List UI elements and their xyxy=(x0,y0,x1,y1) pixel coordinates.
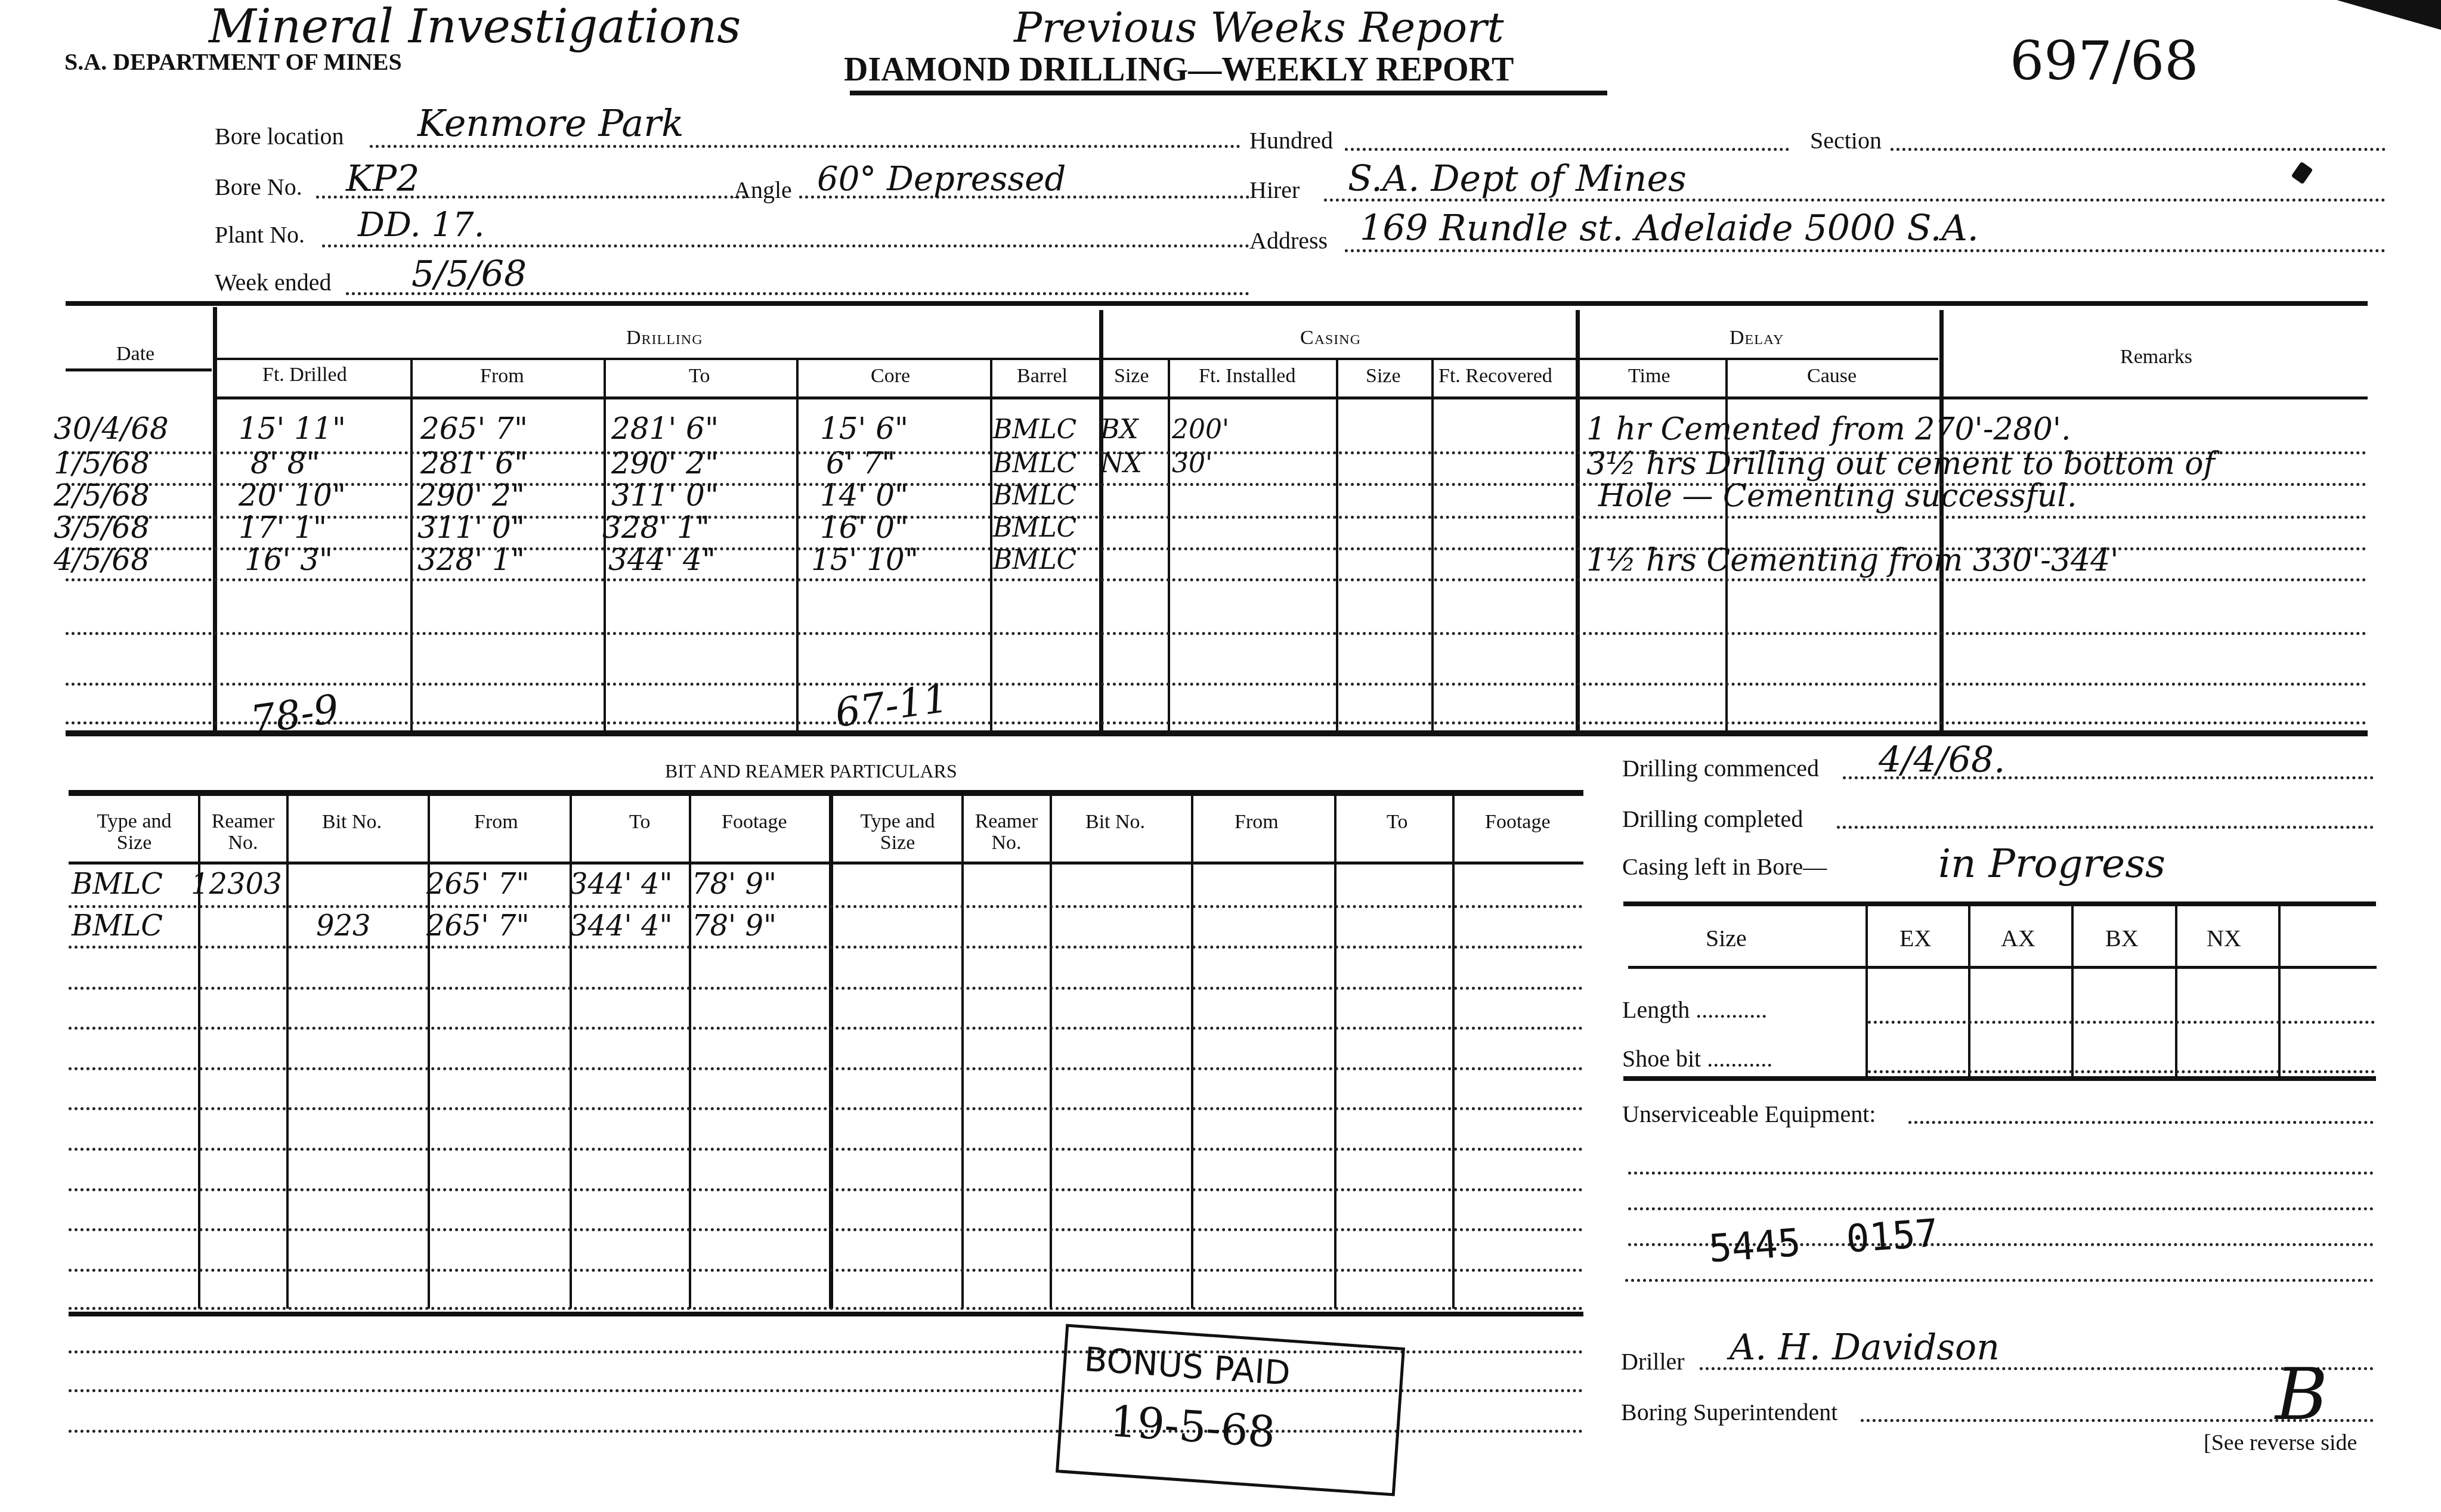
bit-col-bit-no-2: Bit No. xyxy=(1085,811,1145,834)
casing-table-top-rule xyxy=(1623,901,2376,906)
bore-location-value[interactable]: Kenmore Park xyxy=(417,101,684,145)
see-reverse-note: [See reverse side xyxy=(2204,1430,2357,1456)
bit-reamer-header-rule xyxy=(69,862,1583,865)
group-header-casing: Casing xyxy=(1300,327,1361,349)
row-ft-drilled[interactable]: 8' 8" xyxy=(250,446,320,481)
row-casing-size[interactable]: NX xyxy=(1100,448,1142,479)
casing-left-value[interactable]: in Progress xyxy=(1938,841,2165,887)
delay-note[interactable]: 1½ hrs Cementing from 330'-344' xyxy=(1586,543,2118,578)
row-line xyxy=(66,578,2368,581)
bit-row-to[interactable]: 344' 4" xyxy=(570,909,673,943)
row-ft-drilled[interactable]: 17' 1" xyxy=(239,510,327,545)
bit-row-bit-no[interactable]: 923 xyxy=(316,909,371,943)
unserviceable-line xyxy=(1628,1172,2374,1175)
driller-signature[interactable]: A. H. Davidson xyxy=(1730,1327,2000,1368)
bit-row-reamer-no[interactable]: 12303 xyxy=(191,867,282,901)
row-date[interactable]: 30/4/68 xyxy=(54,411,169,446)
address-value[interactable]: 169 Rundle st. Adelaide 5000 S.A. xyxy=(1360,207,1979,249)
row-line xyxy=(66,516,2368,519)
drilling-completed-label: Drilling completed xyxy=(1622,805,1803,833)
row-to[interactable]: 290' 2" xyxy=(611,446,719,481)
plant-no-label: Plant No. xyxy=(215,221,305,249)
row-line xyxy=(69,1148,1583,1151)
bit-row-to[interactable]: 344' 4" xyxy=(570,867,673,901)
unserviceable-line xyxy=(1908,1121,2374,1124)
col-divider xyxy=(1336,358,1338,730)
bit-row-footage[interactable]: 78' 9" xyxy=(692,909,776,943)
bit-row-type-size[interactable]: BMLC xyxy=(72,867,163,901)
row-line xyxy=(69,1188,1583,1191)
delay-note[interactable]: Hole — Cementing successful. xyxy=(1598,478,2077,514)
row-core[interactable]: 15' 10" xyxy=(811,543,918,577)
casing-size-ex: EX xyxy=(1899,924,1931,952)
row-line xyxy=(66,683,2368,686)
row-ft-drilled[interactable]: 20' 10" xyxy=(239,478,346,513)
row-barrel[interactable]: BMLC xyxy=(993,448,1076,479)
angle-value[interactable]: 60° Depressed xyxy=(817,160,1066,199)
row-casing-size[interactable]: BX xyxy=(1100,414,1138,445)
row-ft-installed[interactable]: 200' xyxy=(1172,414,1229,445)
drilling-commenced-label: Drilling commenced xyxy=(1622,754,1819,782)
row-barrel[interactable]: BMLC xyxy=(993,414,1076,445)
row-line xyxy=(69,1228,1583,1231)
col-divider xyxy=(1431,358,1434,730)
bore-location-label: Bore location xyxy=(215,122,344,150)
bore-no-label: Bore No. xyxy=(215,173,302,201)
col-header-barrel: Barrel xyxy=(1017,365,1068,388)
row-date[interactable]: 3/5/68 xyxy=(54,510,150,545)
casing-length-line xyxy=(1868,1021,2375,1024)
subheader-rule xyxy=(215,358,1938,360)
col-header-remarks: Remarks xyxy=(2120,346,2192,368)
handwritten-department-note: Mineral Investigations xyxy=(209,0,741,54)
bit-row-type-size[interactable]: BMLC xyxy=(72,909,163,943)
department-name: S.A. DEPARTMENT OF MINES xyxy=(64,48,402,76)
bit-col-reamer-no-2: Reamer No. xyxy=(966,811,1047,854)
col-header-ft-drilled: Ft. Drilled xyxy=(262,364,347,386)
row-date[interactable]: 1/5/68 xyxy=(54,446,150,481)
row-barrel[interactable]: BMLC xyxy=(993,513,1076,543)
col-divider xyxy=(829,796,833,1309)
row-line xyxy=(69,1107,1583,1110)
row-line xyxy=(69,905,1583,908)
casing-header-rule xyxy=(1628,966,2377,969)
casing-left-label: Casing left in Bore— xyxy=(1622,853,1827,881)
casing-size-label: Size xyxy=(1706,924,1747,952)
row-ft-drilled[interactable]: 16' 3" xyxy=(245,543,333,577)
page-title: DIAMOND DRILLING—WEEKLY REPORT xyxy=(844,51,1514,89)
col-header-ft-installed: Ft. Installed xyxy=(1199,365,1295,388)
row-date[interactable]: 4/5/68 xyxy=(54,543,150,577)
plant-no-value[interactable]: DD. 17. xyxy=(358,206,484,244)
col-divider xyxy=(2175,906,2177,1076)
bonus-paid-label: BONUS PAID xyxy=(1083,1340,1292,1393)
row-barrel[interactable]: BMLC xyxy=(993,545,1076,575)
row-core[interactable]: 16' 0" xyxy=(820,510,908,545)
col-divider xyxy=(2278,906,2281,1076)
corner-mark xyxy=(2337,0,2441,30)
drilling-table-bottom-rule xyxy=(66,730,2368,736)
bit-col-reamer-no: Reamer No. xyxy=(203,811,283,854)
col-divider xyxy=(961,796,964,1309)
delay-note[interactable]: 1 hr Cemented from 270'-280'. xyxy=(1586,411,2071,447)
col-header-to: To xyxy=(689,365,710,388)
bonus-paid-stamp: BONUS PAID 19-5-68 xyxy=(1056,1324,1405,1496)
col-divider xyxy=(990,358,992,730)
bit-col-type-size: Type and Size xyxy=(83,811,185,854)
bore-location-line xyxy=(370,145,1240,148)
group-header-drilling: Drilling xyxy=(626,327,703,349)
row-from[interactable]: 281' 6" xyxy=(420,446,528,481)
col-divider xyxy=(1099,310,1103,730)
stamped-number: 5445 0157 xyxy=(1707,1212,1940,1272)
week-ended-value[interactable]: 5/5/68 xyxy=(412,253,527,295)
hundred-label: Hundred xyxy=(1249,126,1333,154)
bit-reamer-top-rule xyxy=(69,790,1583,796)
bit-col-type-size-2: Type and Size xyxy=(847,811,948,854)
bit-reamer-bottom-rule xyxy=(69,1312,1583,1316)
bore-no-value[interactable]: KP2 xyxy=(346,158,419,200)
row-from[interactable]: 328' 1" xyxy=(417,543,525,577)
col-header-date: Date xyxy=(116,343,154,365)
bit-row-footage[interactable]: 78' 9" xyxy=(692,867,776,901)
row-line xyxy=(66,721,2368,724)
col-divider xyxy=(2071,906,2074,1076)
row-core[interactable]: 15' 6" xyxy=(820,411,908,446)
col-header-from: From xyxy=(480,365,524,388)
row-line xyxy=(69,1027,1583,1030)
header-bottom-rule xyxy=(215,396,2368,399)
col-divider xyxy=(1939,310,1944,730)
shoe-bit-label: Shoe bit ........... xyxy=(1622,1045,1772,1073)
shoe-bit-line xyxy=(1868,1070,2375,1073)
file-number: 697/68 xyxy=(2010,30,2199,92)
row-date[interactable]: 2/5/68 xyxy=(54,478,150,513)
drilling-commenced-value[interactable]: 4/4/68. xyxy=(1879,739,2005,781)
col-divider xyxy=(689,796,691,1309)
col-divider xyxy=(213,307,217,730)
col-header-time: Time xyxy=(1628,365,1670,388)
row-from[interactable]: 311' 0" xyxy=(417,510,525,545)
unserviceable-line xyxy=(1628,1207,2374,1210)
col-divider xyxy=(1168,358,1170,730)
casing-length-label: Length ............ xyxy=(1622,996,1767,1024)
delay-note[interactable]: 3½ hrs Drilling out cement to bottom of xyxy=(1586,446,2215,482)
unserviceable-line xyxy=(1625,1279,2374,1282)
week-ended-label: Week ended xyxy=(215,268,332,296)
col-header-ft-recovered: Ft. Recovered xyxy=(1438,365,1552,388)
col-header-core: Core xyxy=(871,365,910,388)
address-line xyxy=(1345,249,2386,252)
address-label: Address xyxy=(1249,227,1328,255)
row-from[interactable]: 290' 2" xyxy=(417,478,525,513)
col-header-cause: Cause xyxy=(1807,365,1857,388)
plant-no-line xyxy=(322,244,1249,247)
group-header-delay: Delay xyxy=(1730,327,1784,349)
bit-row-from[interactable]: 265' 7" xyxy=(426,867,530,901)
hundred-line xyxy=(1345,148,1789,151)
row-line xyxy=(69,987,1583,990)
bit-col-to: To xyxy=(629,811,650,834)
row-to[interactable]: 328' 1" xyxy=(602,510,710,545)
boring-superintendent-signature[interactable]: B xyxy=(2275,1353,2328,1436)
bonus-paid-date: 19-5-68 xyxy=(1108,1396,1277,1457)
section-label: Section xyxy=(1810,126,1882,154)
hirer-value[interactable]: S.A. Dept of Mines xyxy=(1348,158,1687,200)
col-divider xyxy=(796,358,799,730)
casing-table-bottom-rule xyxy=(1623,1076,2376,1081)
angle-label: Angle xyxy=(734,176,792,204)
row-line xyxy=(69,1269,1583,1272)
row-ft-drilled[interactable]: 15' 11" xyxy=(239,411,346,446)
row-to[interactable]: 311' 0" xyxy=(611,478,719,513)
driller-label: Driller xyxy=(1621,1347,1685,1375)
bit-col-footage: Footage xyxy=(722,811,787,834)
section-line xyxy=(1891,148,2386,151)
bit-row-from[interactable]: 265' 7" xyxy=(426,909,530,943)
col-divider xyxy=(1050,796,1052,1309)
col-divider xyxy=(410,358,413,730)
col-divider xyxy=(1191,796,1193,1309)
row-ft-installed[interactable]: 30' xyxy=(1172,448,1212,479)
bit-col-footage-2: Footage xyxy=(1485,811,1551,834)
bit-reamer-title: BIT AND REAMER PARTICULARS xyxy=(665,760,957,782)
row-core[interactable]: 14' 0" xyxy=(820,478,908,513)
handwritten-title-note: Previous Weeks Report xyxy=(1014,3,1504,52)
col-divider xyxy=(1865,906,1868,1076)
bit-col-bit-no: Bit No. xyxy=(322,811,382,834)
hirer-label: Hirer xyxy=(1249,176,1300,204)
col-divider xyxy=(1452,796,1455,1309)
unserviceable-label: Unserviceable Equipment: xyxy=(1622,1100,1876,1128)
bit-col-from: From xyxy=(474,811,518,834)
row-to[interactable]: 281' 6" xyxy=(611,411,719,446)
bit-col-to-2: To xyxy=(1387,811,1407,834)
row-line xyxy=(69,1307,1583,1310)
ink-blot xyxy=(2291,162,2313,184)
casing-size-bx: BX xyxy=(2105,924,2139,952)
row-from[interactable]: 265' 7" xyxy=(420,411,528,446)
casing-size-ax: AX xyxy=(2001,924,2035,952)
row-line xyxy=(69,946,1583,949)
header-bottom-rule xyxy=(66,368,212,371)
row-to[interactable]: 344' 4" xyxy=(608,543,716,577)
bit-col-from-2: From xyxy=(1235,811,1279,834)
title-underline xyxy=(850,91,1607,95)
col-divider xyxy=(1334,796,1336,1309)
drilling-completed-line xyxy=(1837,826,2374,829)
boring-superintendent-label: Boring Superintendent xyxy=(1621,1398,1837,1426)
col-divider xyxy=(286,796,289,1309)
row-barrel[interactable]: BMLC xyxy=(993,481,1076,511)
casing-size-nx: NX xyxy=(2207,924,2241,952)
col-header-casing-size: Size xyxy=(1114,365,1149,388)
col-divider xyxy=(1576,310,1580,730)
drilling-table-top-rule xyxy=(66,301,2368,306)
col-divider xyxy=(1968,906,1970,1076)
row-line xyxy=(66,632,2368,635)
row-core[interactable]: 6' 7" xyxy=(826,446,895,481)
col-header-casing-size-2: Size xyxy=(1366,365,1401,388)
row-line xyxy=(69,1067,1583,1070)
